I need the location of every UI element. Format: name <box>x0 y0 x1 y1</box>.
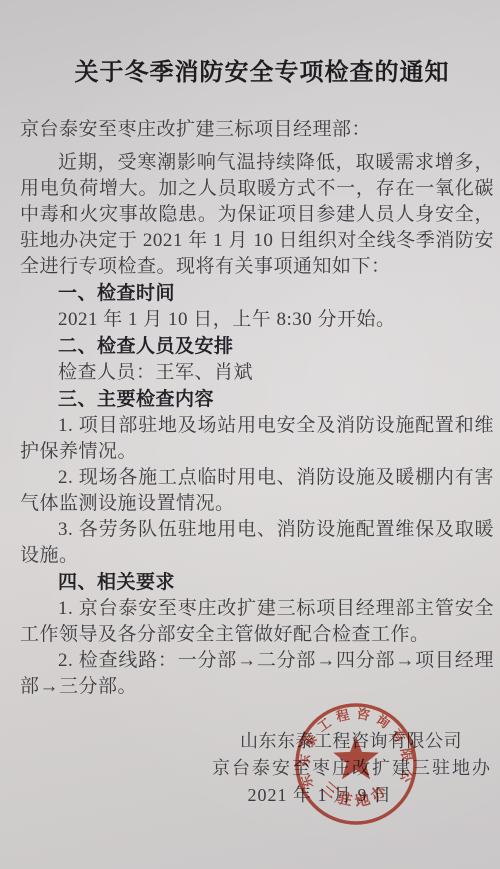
section-3-item-3: 3. 各劳务队伍驻地用电、消防设施配置维保及取暖设施。 <box>20 517 494 569</box>
stamp-bottom-text: 三驻地办 <box>318 779 394 811</box>
section-2-paragraph: 检查人员：王军、肖斌 <box>20 360 494 386</box>
official-seal-stamp: 山东东泰工程咨询有限公司 三驻地办 <box>292 700 420 828</box>
section-3-heading: 三、主要检查内容 <box>20 386 494 413</box>
section-4-item-1: 1. 京台泰安至枣庄改扩建三标项目经理部主管安全工作领导及各分部安全主管做好配合… <box>20 596 494 648</box>
section-4-heading: 四、相关要求 <box>20 569 494 596</box>
section-4-item-2: 2. 检查线路：一分部→二分部→四分部→项目经理部→三分部。 <box>20 648 494 700</box>
recipient-line: 京台泰安至枣庄改扩建三标项目经理部： <box>20 117 494 143</box>
intro-paragraph: 近期，受寒潮影响气温持续降低，取暖需求增多，用电负荷增大。加之人员取暖方式不一，… <box>20 150 494 280</box>
document-photo: 关于冬季消防安全专项检查的通知 京台泰安至枣庄改扩建三标项目经理部： 近期，受寒… <box>0 0 500 869</box>
section-1-paragraph: 2021 年 1 月 10 日，上午 8:30 分开始。 <box>20 307 494 333</box>
section-3-item-1: 1. 项目部驻地及场站用电安全及消防设施配置和维护保养情况。 <box>20 413 494 465</box>
section-2-heading: 二、检查人员及安排 <box>20 333 494 360</box>
signature-block: 山东东泰工程咨询有限公司 京台泰安至枣庄改扩建三驻地办 2021 年 1 月 9… <box>20 728 494 809</box>
star-icon <box>333 736 379 779</box>
svg-text:三驻地办: 三驻地办 <box>318 779 394 811</box>
notice-document: 关于冬季消防安全专项检查的通知 京台泰安至枣庄改扩建三标项目经理部： 近期，受寒… <box>0 0 500 869</box>
signature-office: 京台泰安至枣庄改扩建三驻地办 <box>20 755 492 782</box>
section-1-heading: 一、检查时间 <box>20 280 494 307</box>
document-title: 关于冬季消防安全专项检查的通知 <box>30 52 494 87</box>
section-3-item-2: 2. 现场各施工点临时用电、消防设施及暖棚内有害气体监测设施设置情况。 <box>20 465 494 517</box>
